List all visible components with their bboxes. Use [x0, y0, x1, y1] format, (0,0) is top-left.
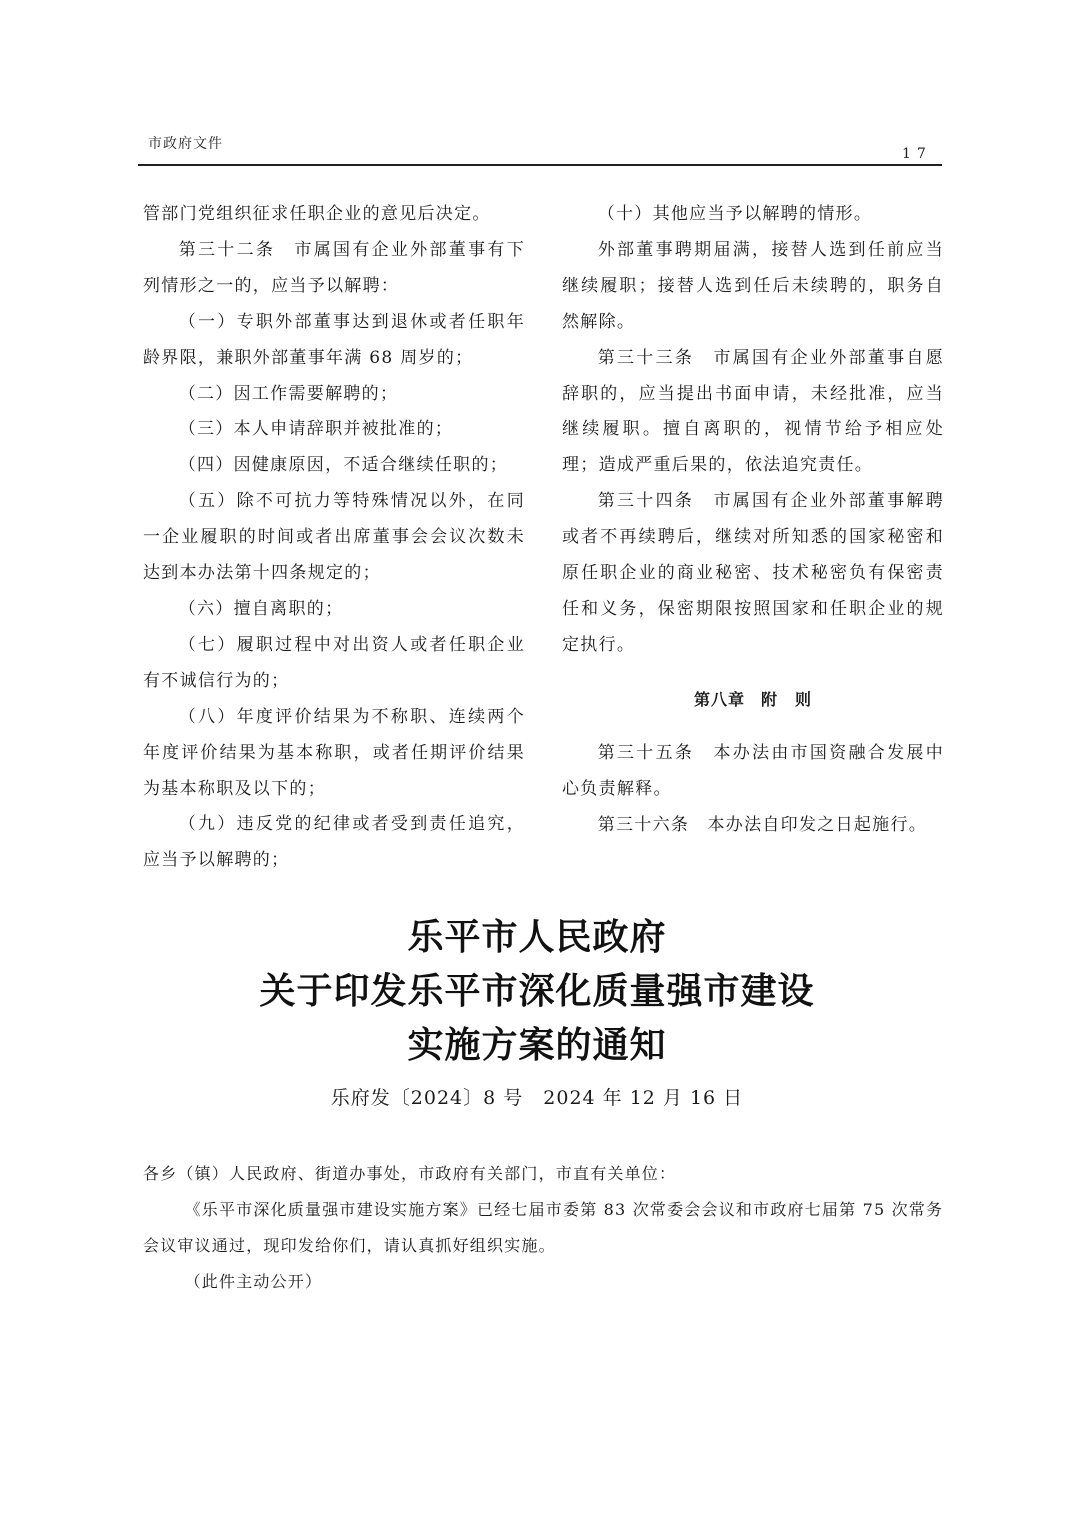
- page-number: 17: [902, 146, 932, 162]
- notice-paragraph: 《乐平市深化质量强市建设实施方案》已经七届市委第 83 次常委会会议和市政府七届…: [143, 1192, 953, 1264]
- notice-body: 各乡（镇）人民政府、街道办事处，市政府有关部门，市直有关单位： 《乐平市深化质量…: [143, 1156, 953, 1300]
- notice-title-line: 实施方案的通知: [0, 1018, 1074, 1072]
- header-divider: [138, 164, 942, 166]
- left-column: 管部门党组织征求任职企业的意见后决定。 第三十二条 市属国有企业外部董事有下列情…: [143, 197, 525, 879]
- paragraph: 外部董事聘期届满，接替人选到任前应当继续履职；接替人选到任后未续聘的，职务自然解…: [562, 233, 944, 341]
- clause-2: （二）因工作需要解聘的；: [143, 377, 525, 413]
- clause-6: （六）擅自离职的；: [143, 592, 525, 628]
- notice-title: 乐平市人民政府 关于印发乐平市深化质量强市建设 实施方案的通知: [0, 910, 1074, 1072]
- document-number: 乐府发〔2024〕8 号 2024 年 12 月 16 日: [0, 1083, 1074, 1110]
- article-33: 第三十三条 市属国有企业外部董事自愿辞职的，应当提出书面申请，未经批准，应当继续…: [562, 341, 944, 485]
- chapter-number: 第八章: [694, 690, 745, 709]
- disclosure-note: （此件主动公开）: [143, 1264, 953, 1300]
- notice-title-line: 关于印发乐平市深化质量强市建设: [0, 964, 1074, 1018]
- right-column: （十）其他应当予以解聘的情形。 外部董事聘期届满，接替人选到任前应当继续履职；接…: [562, 197, 944, 843]
- clause-3: （三）本人申请辞职并被批准的；: [143, 412, 525, 448]
- article-34: 第三十四条 市属国有企业外部董事解聘或者不再续聘后，继续对所知悉的国家秘密和原任…: [562, 484, 944, 664]
- article-36: 第三十六条 本办法自印发之日起施行。: [562, 808, 944, 844]
- addressee: 各乡（镇）人民政府、街道办事处，市政府有关部门，市直有关单位：: [143, 1156, 953, 1192]
- clause-1: （一）专职外部董事达到退休或者任职年龄界限，兼职外部董事年满 68 周岁的；: [143, 305, 525, 377]
- notice-title-line: 乐平市人民政府: [0, 910, 1074, 964]
- clause-4: （四）因健康原因，不适合继续任职的；: [143, 448, 525, 484]
- page-header-section: 市政府文件: [148, 133, 223, 153]
- clause-7: （七）履职过程中对出资人或者任职企业有不诚信行为的；: [143, 628, 525, 700]
- chapter-title: 附 则: [761, 690, 812, 709]
- article-32: 第三十二条 市属国有企业外部董事有下列情形之一的，应当予以解聘：: [143, 233, 525, 305]
- clause-8: （八）年度评价结果为不称职、连续两个年度评价结果为基本称职，或者任期评价结果为基…: [143, 700, 525, 808]
- clause-5: （五）除不可抗力等特殊情况以外，在同一企业履职的时间或者出席董事会会议次数未达到…: [143, 484, 525, 592]
- clause-9: （九）违反党的纪律或者受到责任追究，应当予以解聘的；: [143, 807, 525, 879]
- chapter-heading: 第八章附 则: [562, 682, 944, 718]
- clause-10: （十）其他应当予以解聘的情形。: [562, 197, 944, 233]
- paragraph: 管部门党组织征求任职企业的意见后决定。: [143, 197, 525, 233]
- article-35: 第三十五条 本办法由市国资融合发展中心负责解释。: [562, 736, 944, 808]
